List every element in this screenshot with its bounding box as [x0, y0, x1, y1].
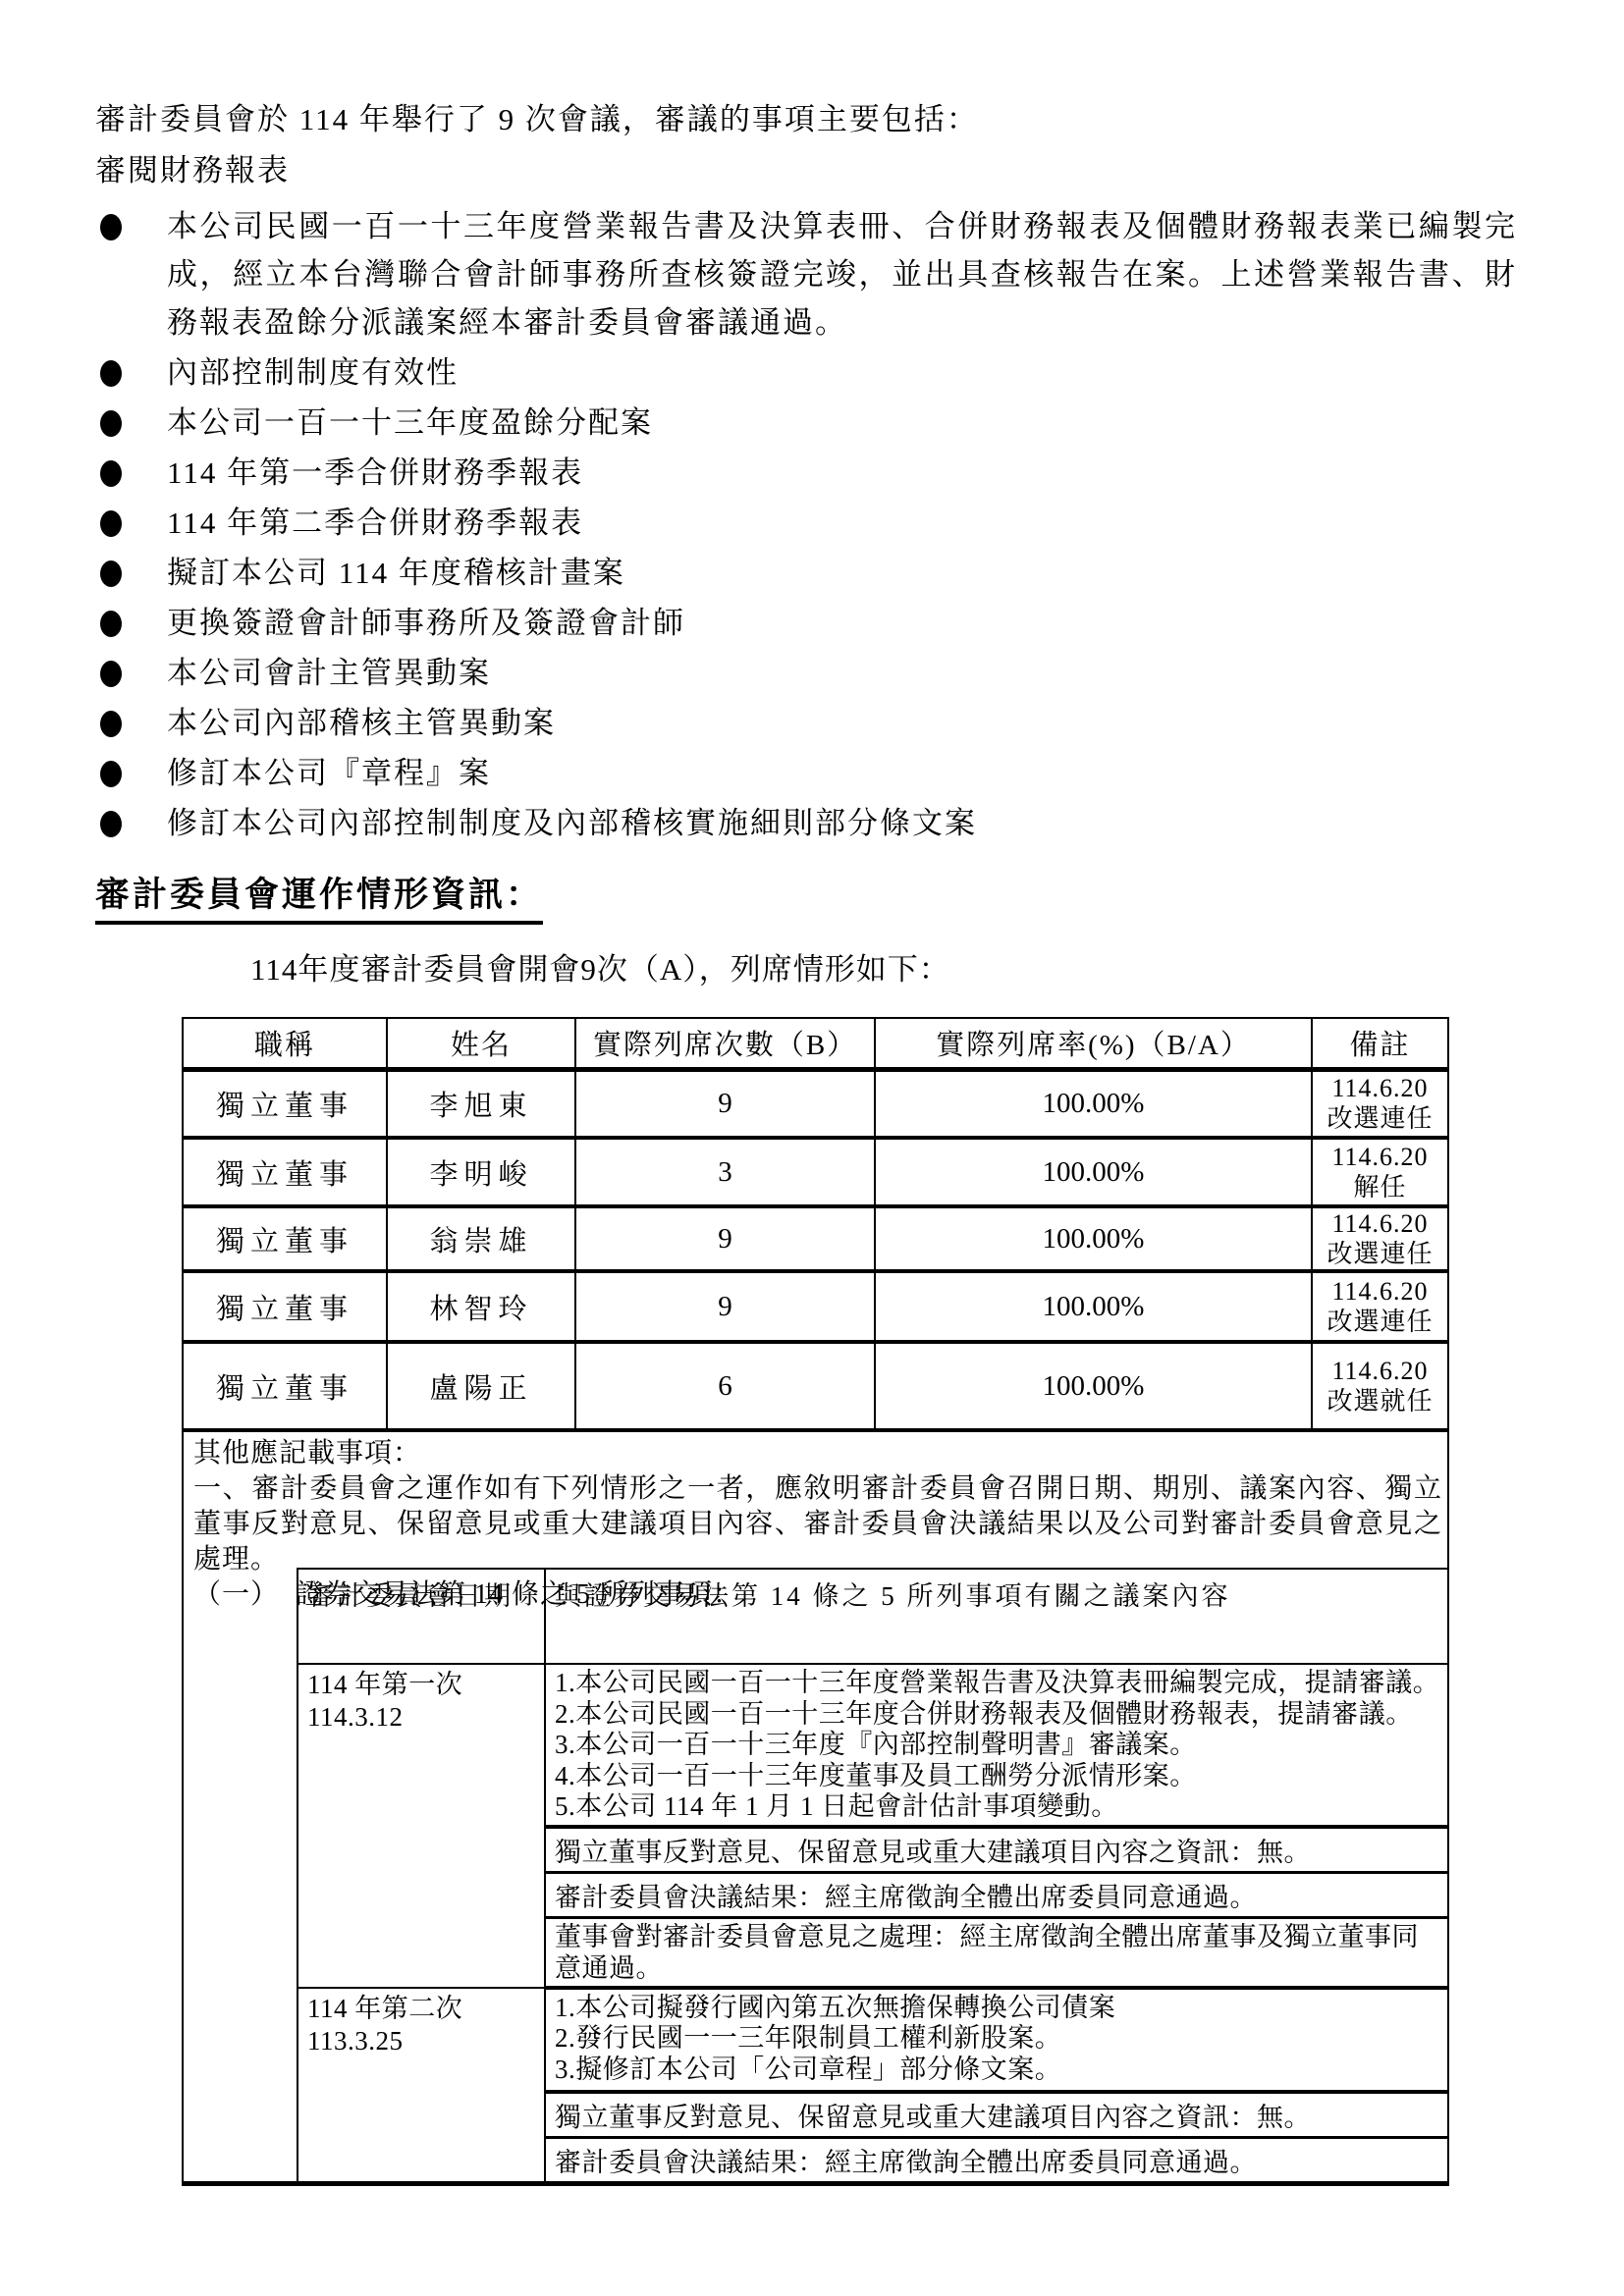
bullet-icon — [100, 761, 122, 787]
meeting-item: 2.本公司民國一百一十三年度合併財務報表及個體財務報表，提請審議。 — [555, 1699, 1443, 1731]
note-date: 114.6.20 — [1313, 1356, 1447, 1386]
meeting-opinion: 獨立董事反對意見、保留意見或重大建議項目內容之資訊：無。 — [545, 2092, 1448, 2138]
note-date: 114.6.20 — [1313, 1073, 1447, 1103]
list-item: 本公司一百一十三年度盈餘分配案 — [95, 399, 1517, 447]
cell-rate: 100.00% — [875, 1138, 1312, 1206]
meeting-board-handling: 董事會對審計委員會意見之處理：經主席徵詢全體出席董事及獨立董事同意通過。 — [545, 2182, 1448, 2183]
meeting-item: 1.本公司民國一百一十三年度營業報告書及決算表冊編製完成，提請審議。 — [555, 1668, 1443, 1699]
cell-title: 獨立董事 — [183, 1271, 387, 1342]
cell-name: 林智玲 — [387, 1271, 575, 1342]
intro-line-2: 審閱財務報表 — [95, 145, 1517, 196]
list-item: 修訂本公司『章程』案 — [95, 749, 1517, 797]
list-item-text: 修訂本公司『章程』案 — [167, 756, 491, 790]
table-row: 獨立董事 翁崇雄 9 100.00% 114.6.20改選連任 — [183, 1206, 1448, 1271]
list-item: 更換簽證會計師事務所及簽證會計師 — [95, 599, 1517, 647]
list-item: 114 年第二季合併財務季報表 — [95, 499, 1517, 547]
cell-title: 獨立董事 — [183, 1342, 387, 1430]
list-item: 114 年第一季合併財務季報表 — [95, 449, 1517, 497]
meeting-row: 114 年第一次 114.3.12 1.本公司民國一百一十三年度營業報告書及決算… — [298, 1664, 1448, 1827]
list-item-text: 本公司會計主管異動案 — [167, 656, 491, 690]
column-header-title: 職稱 — [183, 1018, 387, 1069]
list-item-text: 擬訂本公司 114 年度稽核計畫案 — [167, 556, 625, 590]
meetings-header-content: 與證券交易法第 14 條之 5 所列事項有關之議案內容 — [545, 1569, 1448, 1664]
note-text: 解任 — [1313, 1172, 1447, 1202]
cell-rate: 100.00% — [875, 1206, 1312, 1271]
list-item: 內部控制制度有效性 — [95, 348, 1517, 397]
meeting-items-cell: 1.本公司擬發行國內第五次無擔保轉換公司債案 2.發行民國一一三年限制員工權利新… — [545, 1988, 1448, 2092]
bullet-icon — [100, 561, 122, 587]
meeting-date-cell: 114 年第二次 113.3.25 — [298, 1988, 545, 2184]
column-header-count: 實際列席次數（B） — [575, 1018, 875, 1069]
meetings-header-row: 審計委員會日期 與證券交易法第 14 條之 5 所列事項有關之議案內容 — [298, 1569, 1448, 1664]
cell-name: 李明峻 — [387, 1138, 575, 1206]
list-item-text: 修訂本公司內部控制制度及內部稽核實施細則部分條文案 — [167, 806, 977, 840]
meetings-header-date: 審計委員會日期 — [298, 1569, 545, 1664]
cell-title: 獨立董事 — [183, 1206, 387, 1271]
note-text: 改選就任 — [1313, 1386, 1447, 1416]
bullet-icon — [100, 711, 122, 737]
bullet-icon — [100, 460, 122, 487]
table-row: 獨立董事 盧陽正 6 100.00% 114.6.20改選就任 — [183, 1342, 1448, 1430]
note-text: 改選連任 — [1313, 1307, 1447, 1337]
column-header-rate: 實際列席率(%)（B/A） — [875, 1018, 1312, 1069]
meeting-session: 114 年第一次 — [307, 1669, 540, 1701]
list-item: 修訂本公司內部控制制度及內部稽核實施細則部分條文案 — [95, 799, 1517, 847]
note-date: 114.6.20 — [1313, 1208, 1447, 1239]
cell-rate: 100.00% — [875, 1271, 1312, 1342]
document-page: 審計委員會於 114 年舉行了 9 次會議，審議的事項主要包括： 審閱財務報表 … — [0, 0, 1624, 2296]
cell-title: 獨立董事 — [183, 1138, 387, 1206]
meeting-resolution: 審計委員會決議結果：經主席徵詢全體出席委員同意通過。 — [545, 1872, 1448, 1917]
cell-count: 9 — [575, 1069, 875, 1138]
cell-note: 114.6.20解任 — [1312, 1138, 1448, 1206]
meeting-item: 4.本公司一百一十三年度董事及員工酬勞分派情形案。 — [555, 1761, 1443, 1792]
list-item-text: 更換簽證會計師事務所及簽證會計師 — [167, 606, 685, 640]
meeting-item: 5.本公司 114 年 1 月 1 日起會計估計事項變動。 — [555, 1791, 1443, 1823]
table-row: 獨立董事 李明峻 3 100.00% 114.6.20解任 — [183, 1138, 1448, 1206]
note-date: 114.6.20 — [1313, 1276, 1447, 1307]
bullet-icon — [100, 410, 122, 437]
cell-name: 翁崇雄 — [387, 1206, 575, 1271]
cell-note: 114.6.20改選連任 — [1312, 1069, 1448, 1138]
list-item-text: 本公司一百一十三年度盈餘分配案 — [167, 405, 653, 440]
cell-rate: 100.00% — [875, 1069, 1312, 1138]
other-notes-title: 其他應記載事項： — [193, 1436, 1442, 1471]
cell-count: 3 — [575, 1138, 875, 1206]
other-notes-item1: 一、審計委員會之運作如有下列情形之一者，應敘明審計委員會召開日期、期別、議案內容… — [193, 1471, 1442, 1577]
cell-count: 9 — [575, 1206, 875, 1271]
list-item-text: 內部控制制度有效性 — [167, 355, 459, 390]
sub1-label: （一） — [193, 1577, 296, 1613]
bullet-icon — [100, 360, 122, 387]
other-notes-cell: 其他應記載事項： 一、審計委員會之運作如有下列情形之一者，應敘明審計委員會召開日… — [183, 1430, 1448, 2183]
cell-name: 盧陽正 — [387, 1342, 575, 1430]
meeting-item: 1.本公司擬發行國內第五次無擔保轉換公司債案 — [555, 1993, 1443, 2024]
meeting-opinion: 獨立董事反對意見、保留意見或重大建議項目內容之資訊：無。 — [545, 1827, 1448, 1873]
bullet-icon — [100, 611, 122, 637]
bullet-icon — [100, 214, 122, 240]
table-row: 獨立董事 李旭東 9 100.00% 114.6.20改選連任 — [183, 1069, 1448, 1138]
column-header-note: 備註 — [1312, 1018, 1448, 1069]
list-item: 本公司民國一百一十三年度營業報告書及決算表冊、合併財務報表及個體財務報表業已編製… — [95, 202, 1517, 347]
list-item-text: 本公司民國一百一十三年度營業報告書及決算表冊、合併財務報表及個體財務報表業已編製… — [167, 209, 1517, 340]
note-text: 改選連任 — [1313, 1103, 1447, 1134]
cell-note: 114.6.20改選連任 — [1312, 1271, 1448, 1342]
cell-name: 李旭東 — [387, 1069, 575, 1138]
meeting-item: 3.擬修訂本公司「公司章程」部分條文案。 — [555, 2055, 1443, 2086]
table-row: 獨立董事 林智玲 9 100.00% 114.6.20改選連任 — [183, 1271, 1448, 1342]
cell-rate: 100.00% — [875, 1342, 1312, 1430]
list-item-text: 114 年第一季合併財務季報表 — [167, 455, 583, 490]
meeting-row: 114 年第二次 113.3.25 1.本公司擬發行國內第五次無擔保轉換公司債案… — [298, 1988, 1448, 2092]
section-heading-text: 審計委員會運作情形資訊： — [95, 868, 543, 925]
list-item: 本公司內部稽核主管異動案 — [95, 699, 1517, 747]
cell-note: 114.6.20改選就任 — [1312, 1342, 1448, 1430]
note-date: 114.6.20 — [1313, 1142, 1447, 1172]
intro-line-1: 審計委員會於 114 年舉行了 9 次會議，審議的事項主要包括： — [95, 94, 1517, 145]
other-notes-row: 其他應記載事項： 一、審計委員會之運作如有下列情形之一者，應敘明審計委員會召開日… — [183, 1430, 1448, 2183]
attendance-header-row: 職稱 姓名 實際列席次數（B） 實際列席率(%)（B/A） 備註 — [183, 1018, 1448, 1069]
meeting-resolution: 審計委員會決議結果：經主席徵詢全體出席委員同意通過。 — [545, 2137, 1448, 2182]
list-item-text: 本公司內部稽核主管異動案 — [167, 706, 556, 740]
attendance-table: 職稱 姓名 實際列席次數（B） 實際列席率(%)（B/A） 備註 獨立董事 李旭… — [182, 1017, 1449, 2186]
cell-title: 獨立董事 — [183, 1069, 387, 1138]
meetings-table: 審計委員會日期 與證券交易法第 14 條之 5 所列事項有關之議案內容 114 … — [297, 1568, 1448, 2183]
bullet-icon — [100, 811, 122, 837]
section-heading: 審計委員會運作情形資訊： — [95, 868, 543, 925]
bullet-icon — [100, 661, 122, 687]
review-items-list: 本公司民國一百一十三年度營業報告書及決算表冊、合併財務報表及個體財務報表業已編製… — [95, 202, 1517, 847]
meeting-handling-row: 董事會對審計委員會意見之處理：經主席徵詢全體出席董事及獨立董事同意通過。 — [298, 2182, 1448, 2183]
meeting-item: 2.發行民國一一三年限制員工權利新股案。 — [555, 2023, 1443, 2055]
meeting-items-cell: 1.本公司民國一百一十三年度營業報告書及決算表冊編製完成，提請審議。 2.本公司… — [545, 1664, 1448, 1827]
column-header-name: 姓名 — [387, 1018, 575, 1069]
meeting-date: 113.3.25 — [307, 2025, 540, 2057]
list-item: 本公司會計主管異動案 — [95, 649, 1517, 697]
meeting-board-handling: 董事會對審計委員會意見之處理：經主席徵詢全體出席董事及獨立董事同意通過。 — [545, 1917, 1448, 1988]
meeting-date-cell: 114 年第一次 114.3.12 — [298, 1664, 545, 1988]
cell-note: 114.6.20改選連任 — [1312, 1206, 1448, 1271]
meeting-item: 3.本公司一百一十三年度『內部控制聲明書』審議案。 — [555, 1730, 1443, 1761]
bullet-icon — [100, 510, 122, 537]
meeting-date: 114.3.12 — [307, 1701, 540, 1734]
cell-count: 9 — [575, 1271, 875, 1342]
attendance-subtitle: 114年度審計委員會開會9次（A），列席情形如下： — [250, 944, 950, 988]
list-item-text: 114 年第二季合併財務季報表 — [167, 506, 583, 540]
intro-block: 審計委員會於 114 年舉行了 9 次會議，審議的事項主要包括： 審閱財務報表 … — [95, 94, 1517, 849]
meeting-session: 114 年第二次 — [307, 1993, 540, 2025]
list-item: 擬訂本公司 114 年度稽核計畫案 — [95, 549, 1517, 597]
note-text: 改選連任 — [1313, 1239, 1447, 1269]
cell-count: 6 — [575, 1342, 875, 1430]
